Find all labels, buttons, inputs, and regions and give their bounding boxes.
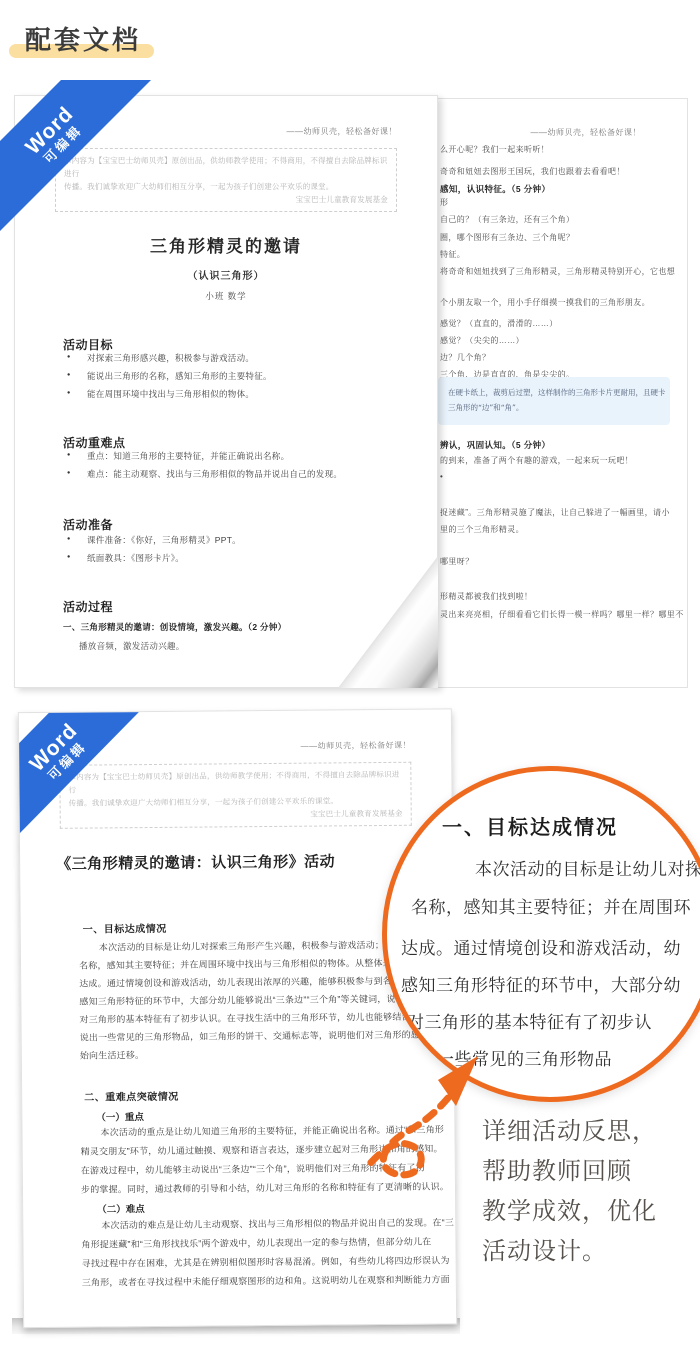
page-title: 配套文档	[25, 20, 141, 57]
disclaimer-box: 本内容为【宝宝巴士幼师贝壳】原创出品，供幼师教学使用；不得商用，不得擅自去除品牌…	[55, 148, 397, 212]
page-curl	[338, 556, 438, 688]
doc-slogan: ——幼师贝壳，轻松备好课！	[287, 126, 398, 137]
disclaimer-line: 传播。我们诚挚欢迎广大幼师们相互分享，一起为孩子们创建公平欢乐的课堂。	[64, 180, 388, 193]
disclaimer-line: 本内容为【宝宝巴士幼师贝壳】原创出品，供幼师教学使用；不得商用，不得擅自去除品牌…	[68, 768, 402, 797]
tip-box: 在硬卡纸上，裁剪后过塑，这样制作的三角形卡片更耐用，且硬卡 三角形的“边”和“角…	[438, 377, 670, 425]
magnified-line: 达成。通过情境创设和游戏活动，幼	[401, 934, 681, 959]
goals-bullets: 对探索三角形感兴趣，积极参与游戏活动。能说出三角形的名称，感知三角形的主要特征。…	[65, 352, 272, 406]
section-heading-keypoints: 活动重难点	[63, 434, 126, 451]
tip-line: 在硬卡纸上，裁剪后过塑，这样制作的三角形卡片更耐用，且硬卡	[448, 385, 670, 400]
reflection-sub-2: （二）难点	[97, 1201, 145, 1215]
reflection-section-2: 二、重难点突破情况	[84, 1088, 179, 1104]
promo-page: { "header": { "title": "配套文档" }, "ribbon…	[0, 0, 700, 1361]
doc1-front-sheet: Word 可编辑 ——幼师贝壳，轻松备好课！ 本内容为【宝宝巴士幼师贝壳】原创出…	[14, 95, 438, 688]
magnified-line: 名称，感知其主要特征；并在周围环	[411, 893, 691, 918]
section-heading-goals: 活动目标	[63, 336, 113, 353]
lesson-meta: 小班 数学	[15, 290, 437, 302]
magnified-line: 本次活动的目标是让幼儿对探	[475, 855, 700, 880]
magnified-heading: 一、目标达成情况	[442, 811, 618, 840]
keypoints-bullets: 重点：知道三角形的主要特征，并能正确说出名称。难点：能主动观察、找出与三角形相似…	[65, 450, 342, 486]
section-heading-process: 活动过程	[63, 598, 113, 615]
process-step: 一、三角形精灵的邀请：创设情境，激发兴趣。（2 分钟）	[63, 621, 286, 633]
lesson-subtitle: （认识三角形）	[15, 267, 437, 282]
section-heading-prep: 活动准备	[63, 516, 113, 533]
lesson-title: 三角形精灵的邀请	[15, 232, 437, 257]
disclaimer-signature: 宝宝巴士儿童教育发展基金	[64, 193, 388, 206]
doc-slogan: ——幼师贝壳，轻松备好课！	[531, 127, 642, 138]
doc-slogan: ——幼师贝壳，轻松备好课！	[301, 740, 412, 752]
magnified-line: 感知三角形特征的环节中，大部分幼	[401, 971, 681, 996]
magnified-line: 对三角形的基本特征有了初步认	[407, 1008, 652, 1033]
reflection-para-3: 本次活动的难点是让幼儿主动观察、找出与三角形相似的物品并说出自己的发现。在“三角…	[81, 1215, 454, 1294]
process-detail: 播放音频，激发活动兴趣。	[79, 640, 185, 652]
tip-line: 三角形的“边”和“角”。	[448, 400, 670, 415]
disclaimer-box: 本内容为【宝宝巴士幼师贝壳】原创出品，供幼师教学使用；不得商用，不得擅自去除品牌…	[59, 762, 412, 829]
reflection-title: 《三角形精灵的邀请：认识三角形》活动	[56, 850, 335, 873]
disclaimer-line: 本内容为【宝宝巴士幼师贝壳】原创出品，供幼师教学使用；不得商用，不得擅自去除品牌…	[64, 154, 388, 180]
reflection-sub-1: （一）重点	[96, 1109, 144, 1123]
reflection-section-1: 一、目标达成情况	[83, 920, 167, 936]
prep-bullets: 课件准备：《你好，三角形精灵》PPT。纸面教具：《图形卡片》。	[65, 534, 241, 570]
doc2-sheet: Word 可编辑 ——幼师贝壳，轻松备好课！ 本内容为【宝宝巴士幼师贝壳】原创出…	[18, 708, 457, 1328]
curly-arrow-icon	[352, 1040, 532, 1190]
